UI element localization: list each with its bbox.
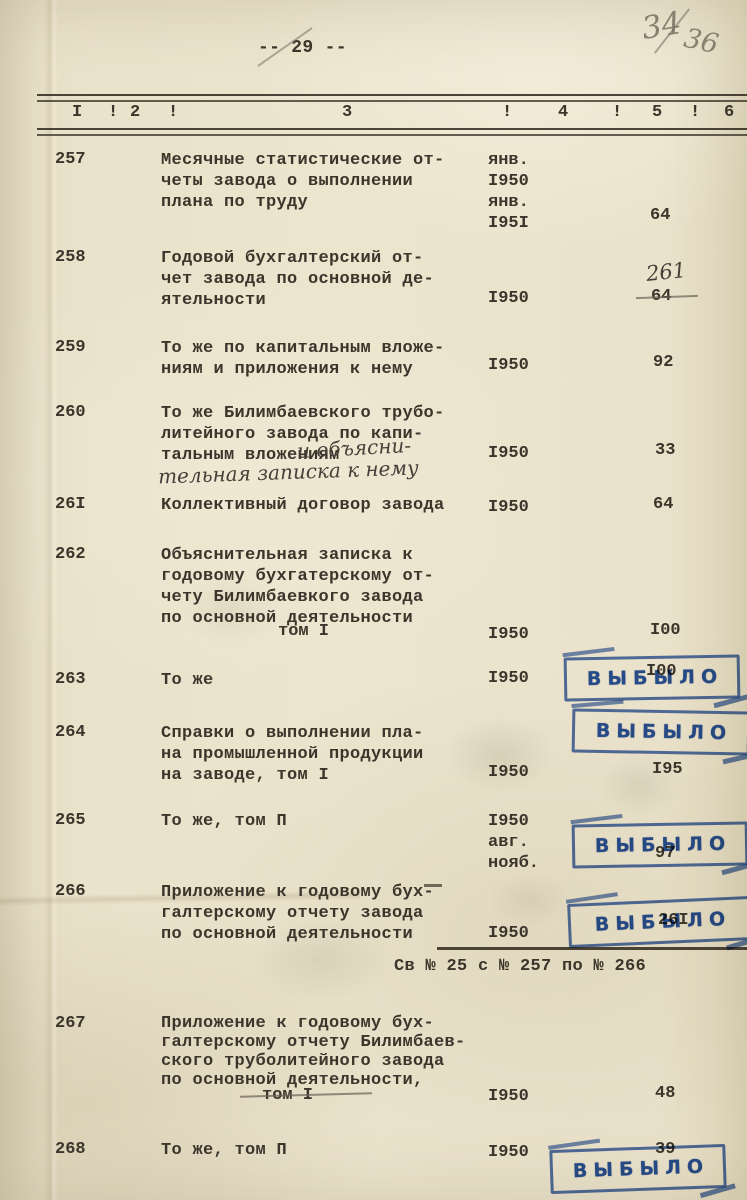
row-dates: I950 авг. нояб. [488,811,539,874]
header-rule [37,94,747,96]
row-pages: 64 [653,495,673,514]
vybylo-stamp: ВЫБЫЛО [549,1144,726,1194]
col-header-6: 6 [724,103,734,122]
col-header-3: 3 [342,103,352,122]
corner-note-new: 36 [681,23,721,60]
row-dates: I950 [488,1086,529,1107]
row-dates: янв. I950 янв. I95I [488,150,529,234]
row-pages: 92 [653,353,673,372]
row-description: То же, том П [161,811,511,832]
row-description: То же, том П [161,1140,511,1161]
row-pages: 64 [650,206,670,225]
row-pages: I95 [652,760,683,779]
row-number: 265 [55,811,86,830]
row-dates: I950 [488,668,529,689]
col-separator: ! [108,103,118,122]
table-header-row: I ! 2 ! 3 ! 4 ! 5 ! 6 [0,103,747,125]
handwritten-pages-correction: 261 [645,258,687,286]
row-description: Приложение к годовому бух- галтерскому о… [161,1014,521,1090]
row-dates: I950 [488,1142,529,1163]
vybylo-stamp-text: ВЫБЫЛО [581,666,724,690]
header-rule [37,134,747,136]
col-separator: ! [168,103,178,122]
vybylo-stamp-text: ВЫБЫЛО [590,720,733,744]
row-dates: I950 [488,624,529,645]
col-header-2: 2 [130,103,140,122]
vybylo-stamp: ВЫБЫЛО [567,896,747,948]
row-number: 257 [55,150,86,169]
row-number: 260 [55,403,86,422]
row-pages: 33 [655,441,675,460]
row-dates: I950 [488,497,529,518]
col-separator: ! [690,103,700,122]
row-dates: I950 [488,288,529,309]
row-number: 26I [55,495,86,514]
vybylo-stamp: ВЫБЫЛО [564,654,741,701]
volume-label: том I [278,622,329,641]
row-number: 258 [55,248,86,267]
vybylo-stamp-text: ВЫБЫЛО [588,908,731,936]
col-header-1: I [72,103,82,122]
vybylo-stamp-text: ВЫБЫЛО [589,833,732,857]
row-number: 268 [55,1140,86,1159]
row-pages: 48 [655,1084,675,1103]
row-dates: I950 [488,923,529,944]
summary-line: Св № 25 с № 257 по № 266 [394,956,646,977]
row-dates: I950 [488,762,529,783]
row-number: 263 [55,670,86,689]
summary-rule [437,947,747,950]
vybylo-stamp: ВЫБЫЛО [572,821,747,868]
col-separator: ! [612,103,622,122]
row-description: Годовой бухгалтерский от- чет завода по … [161,248,511,311]
row-description: Месячные статистические от- четы завода … [161,150,511,213]
row-number: 266 [55,882,86,901]
row-description: Объяснительная записка к годовому бухгат… [161,545,511,629]
col-separator: ! [502,103,512,122]
row-number: 267 [55,1014,86,1033]
header-rule [37,128,747,130]
row-number: 262 [55,545,86,564]
vybylo-stamp: ВЫБЫЛО [572,708,747,755]
col-header-4: 4 [558,103,568,122]
pencil-margin-dash [424,884,442,887]
row-dates: I950 [488,355,529,376]
row-description: Справки о выполнении пла- на промышленно… [161,723,511,786]
row-pages: I00 [650,621,681,640]
header-rule [37,100,747,102]
row-description: То же по капитальным вложе- ниям и прило… [161,338,511,380]
row-description: То же [161,670,511,691]
scanned-archive-page: -- 29 -- 34 36 I ! 2 ! 3 ! 4 ! 5 ! 6 257… [0,0,747,1200]
row-description: Коллективный договор завода [161,495,511,516]
row-description: Приложение к годовому бух- галтерскому о… [161,882,511,945]
row-number: 264 [55,723,86,742]
row-number: 259 [55,338,86,357]
vybylo-stamp-text: ВЫБЫЛО [567,1156,710,1183]
row-dates: I950 [488,443,529,464]
col-header-5: 5 [652,103,662,122]
